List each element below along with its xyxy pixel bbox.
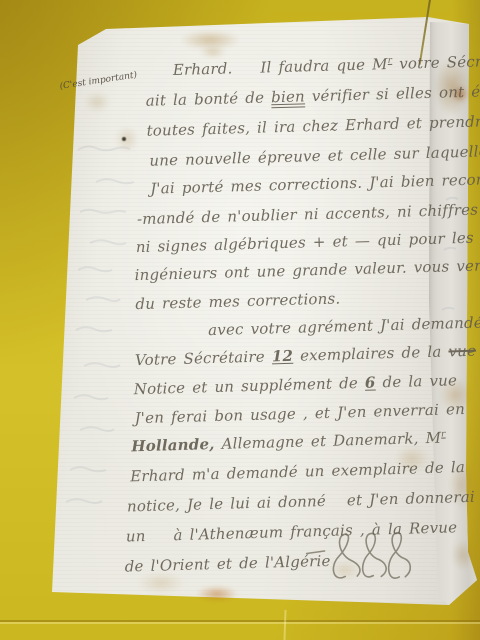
letter-line: de l'Orient et de l'Algérie [82,534,331,595]
letter-photo: (C'est important) Erhard. Il faudra que … [0,0,480,640]
letter-text: (C'est important) Erhard. Il faudra que … [0,0,480,640]
paraph-flourish-icon [304,524,416,587]
text-segment: r [441,430,446,440]
text-segment: de l'Orient et de l'Algérie [124,552,330,576]
